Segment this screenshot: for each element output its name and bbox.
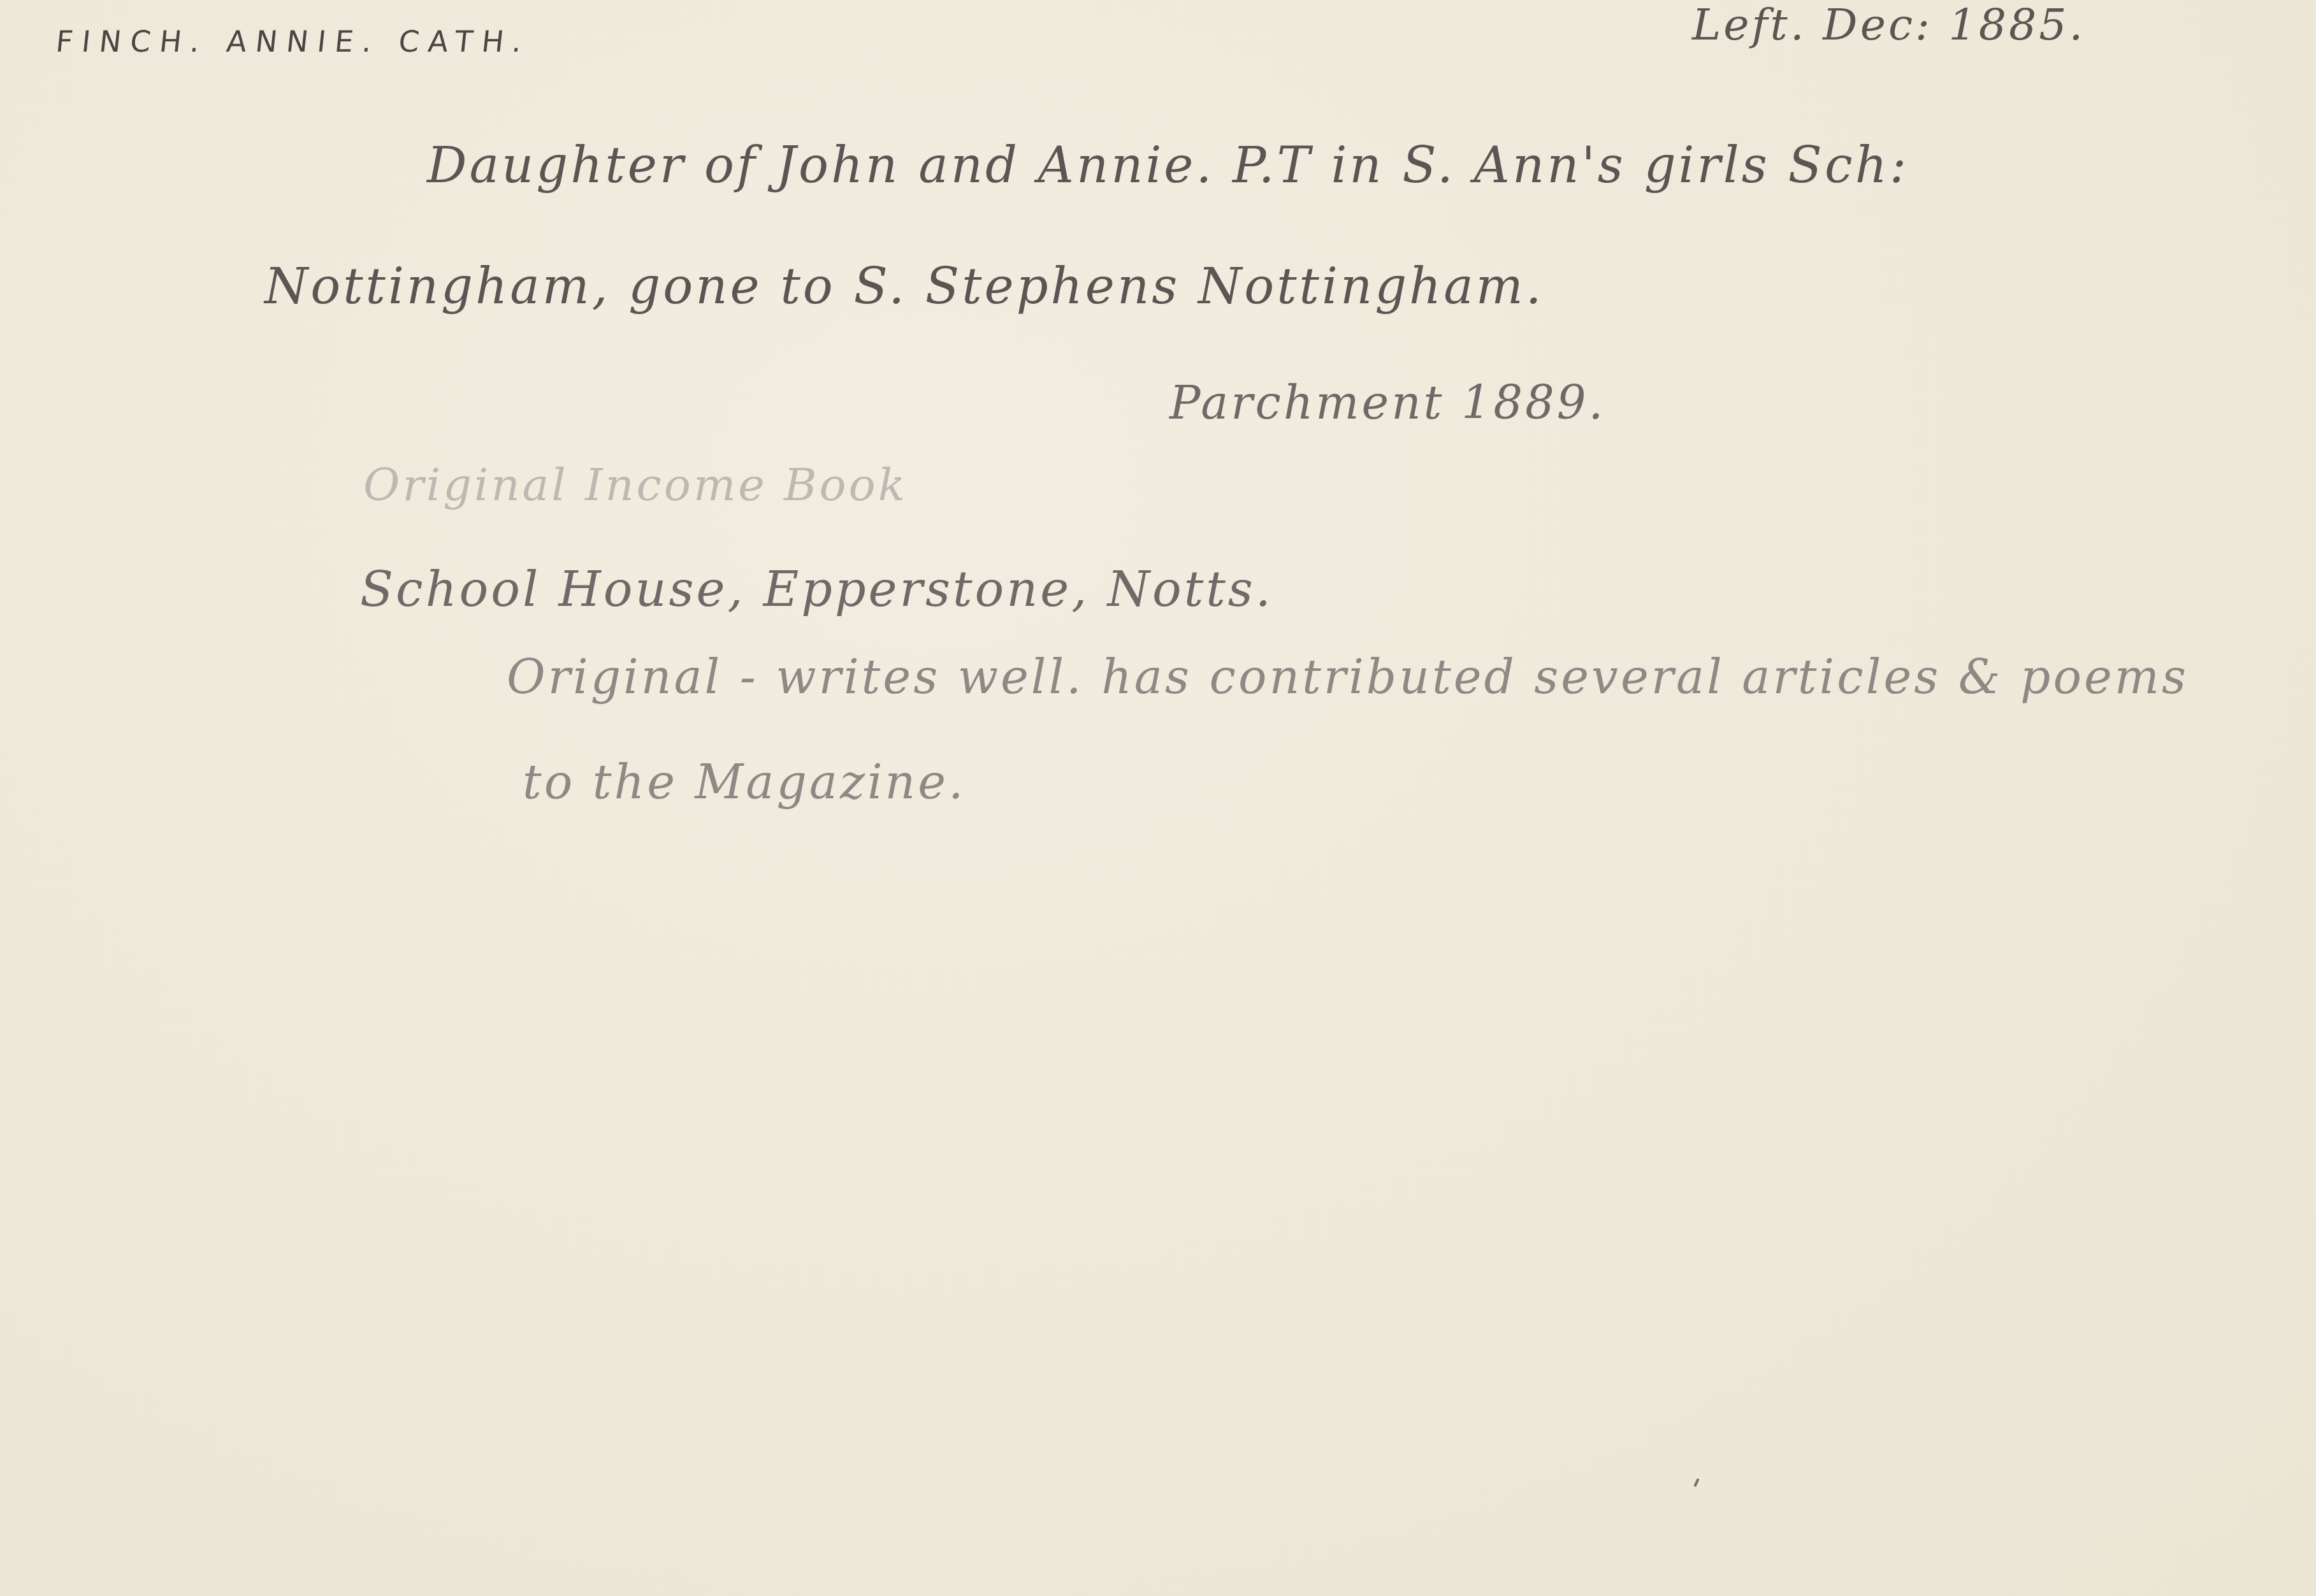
- student-name-heading: FINCH. ANNIE. CATH.: [54, 24, 532, 59]
- left-date: Left. Dec: 1885.: [1692, 0, 2085, 50]
- address-line: School House, Epperstone, Notts.: [360, 561, 1273, 617]
- document-page: FINCH. ANNIE. CATH. Left. Dec: 1885. Dau…: [0, 0, 2316, 1596]
- school-transfer-line: Nottingham, gone to S. Stephens Nottingh…: [264, 258, 1544, 315]
- ink-speck: [1693, 1478, 1700, 1487]
- remark-line-2: to the Magazine.: [523, 755, 966, 810]
- parchment-note: Parchment 1889.: [1169, 376, 1605, 429]
- remark-line-1: Original - writes well. has contributed …: [507, 650, 2189, 705]
- parentage-line: Daughter of John and Annie. P.T in S. An…: [427, 137, 1909, 194]
- faint-pencil-note: Original Income Book: [363, 459, 908, 511]
